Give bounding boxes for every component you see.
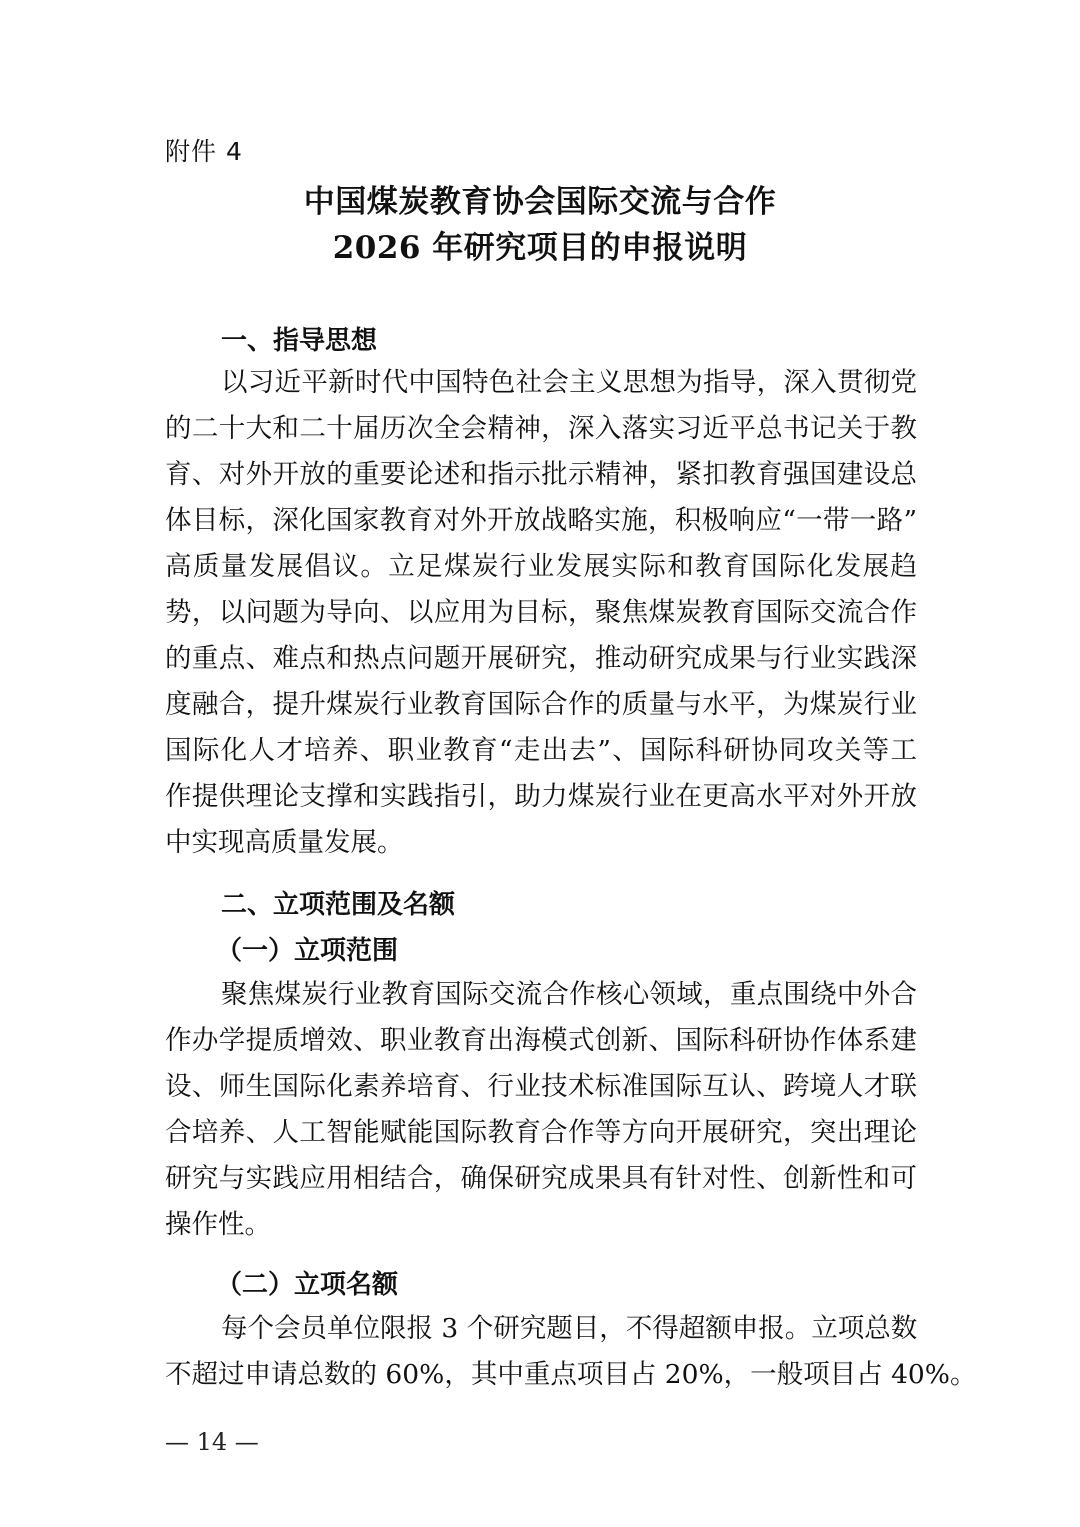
- subsection-heading-quota: （二）立项名额: [216, 1264, 398, 1301]
- section-heading-guiding-ideology: 一、指导思想: [221, 320, 377, 357]
- paragraph-line: 合培养、人工智能赋能国际教育合作等方向开展研究，突出理论: [165, 1116, 917, 1150]
- paragraph-line: 的二十大和二十届历次全会精神，深入落实习近平总书记关于教: [165, 412, 917, 446]
- paragraph-line: 势，以问题为导向、以应用为目标，聚焦煤炭教育国际交流合作: [165, 596, 917, 630]
- paragraph-line: 育、对外开放的重要论述和指示批示精神，紧扣教育强国建设总: [165, 458, 917, 492]
- paragraph-line: 聚焦煤炭行业教育国际交流合作核心领域，重点围绕中外合: [221, 978, 917, 1012]
- paragraph-line: 操作性。: [165, 1208, 917, 1242]
- page-number: — 14 —: [165, 1428, 259, 1456]
- paragraph-line: 不超过申请总数的 60%，其中重点项目占 20%，一般项目占 40%。: [165, 1358, 917, 1392]
- paragraph-line: 度融合，提升煤炭行业教育国际合作的质量与水平，为煤炭行业: [165, 688, 917, 722]
- paragraph-line: 的重点、难点和热点问题开展研究，推动研究成果与行业实践深: [165, 642, 917, 676]
- paragraph-line: 高质量发展倡议。立足煤炭行业发展实际和教育国际化发展趋: [165, 550, 917, 584]
- document-page: 附件 4 中国煤炭教育协会国际交流与合作 2026 年研究项目的申报说明 一、指…: [0, 0, 1080, 1527]
- section-heading-scope-and-quota: 二、立项范围及名额: [221, 884, 455, 921]
- attachment-label: 附件 4: [165, 132, 243, 168]
- document-title-line2: 2026 年研究项目的申报说明: [0, 222, 1080, 267]
- paragraph-line: 每个会员单位限报 3 个研究题目，不得超额申报。立项总数: [221, 1312, 917, 1346]
- paragraph-line: 作办学提质增效、职业教育出海模式创新、国际科研协作体系建: [165, 1024, 917, 1058]
- paragraph-line: 设、师生国际化素养培育、行业技术标准国际互认、跨境人才联: [165, 1070, 917, 1104]
- document-title-line1: 中国煤炭教育协会国际交流与合作: [0, 176, 1080, 221]
- paragraph-line: 中实现高质量发展。: [165, 826, 917, 860]
- subsection-heading-scope: （一）立项范围: [216, 930, 398, 967]
- paragraph-line: 作提供理论支撑和实践指引，助力煤炭行业在更高水平对外开放: [165, 780, 917, 814]
- paragraph-line: 体目标，深化国家教育对外开放战略实施，积极响应“一带一路”: [165, 504, 917, 538]
- paragraph-line: 研究与实践应用相结合，确保研究成果具有针对性、创新性和可: [165, 1162, 917, 1196]
- paragraph-line: 以习近平新时代中国特色社会主义思想为指导，深入贯彻党: [221, 366, 917, 400]
- paragraph-line: 国际化人才培养、职业教育“走出去”、国际科研协同攻关等工: [165, 734, 917, 768]
